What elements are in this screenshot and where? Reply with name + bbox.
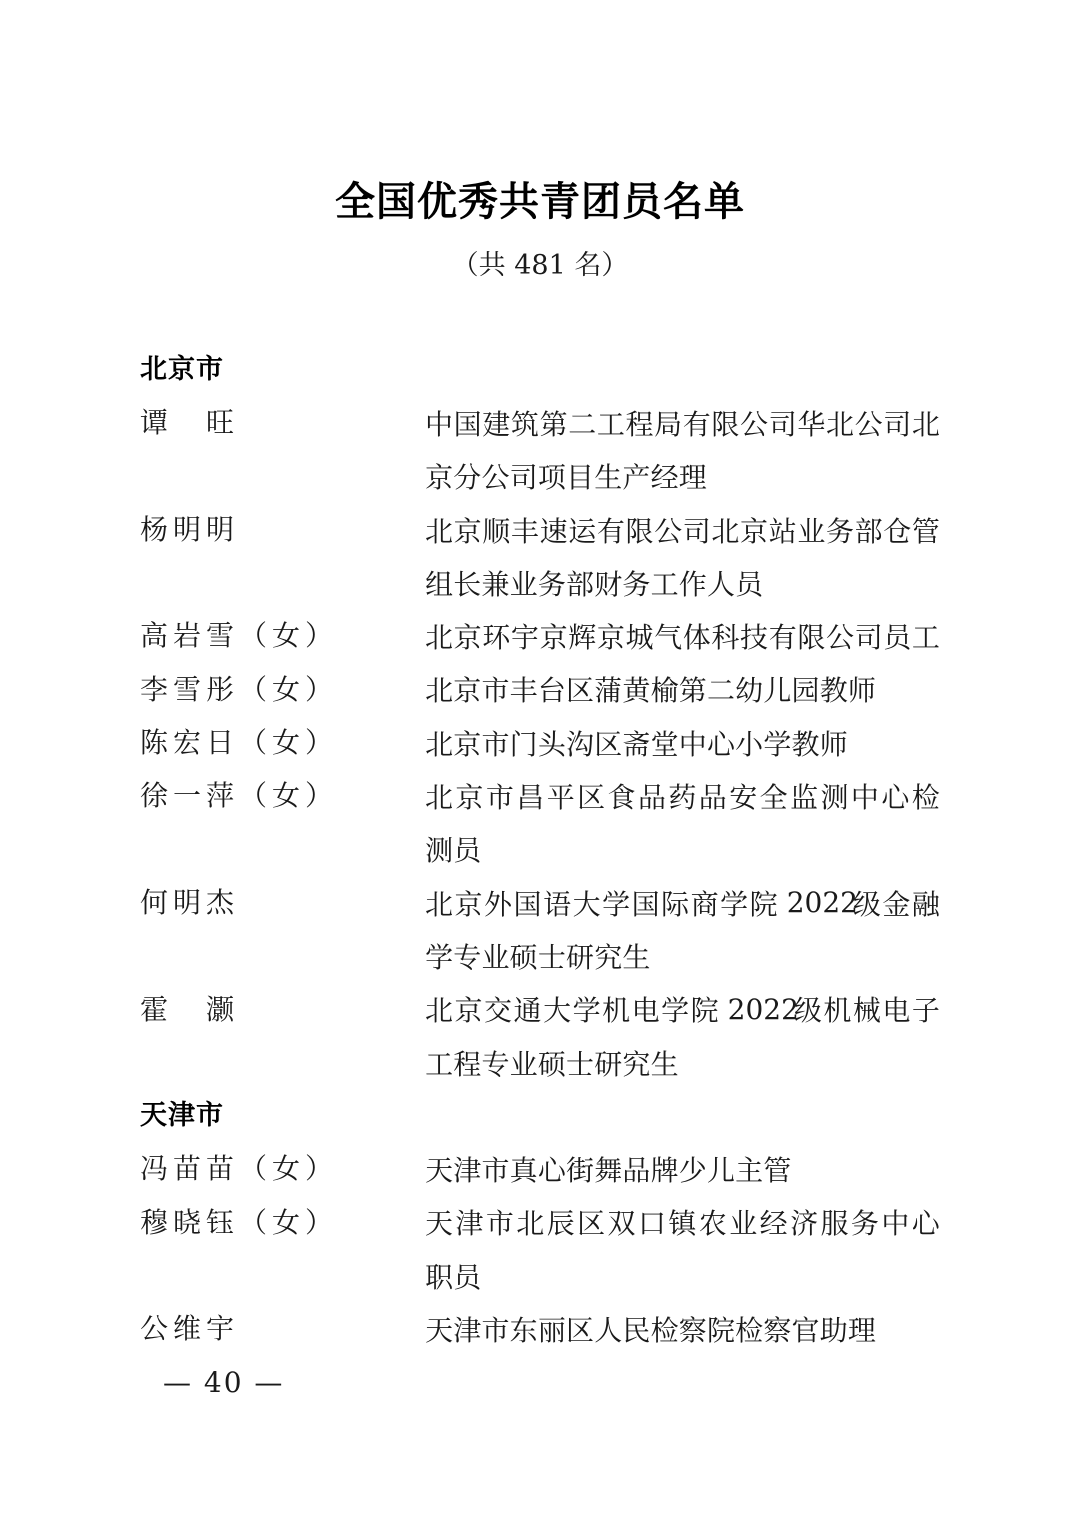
character: 语 [543,883,571,923]
description-line: 北京市丰台区蒲黄榆第二幼儿园教师 [425,663,940,716]
character: 北 [425,616,453,656]
character: 区 [566,1309,594,1349]
character: 目 [566,456,594,496]
character: 北 [711,510,739,550]
member-name: 穆晓钰（女） [140,1196,425,1249]
character: 济 [790,1202,818,1242]
character: 业 [510,1043,538,1083]
character: 管 [763,1149,791,1189]
member-entry: 穆晓钰（女）天津市北辰区双口镇农业经济服务中心职员 [140,1196,940,1303]
character: 长 [453,563,481,603]
character: 员 [735,563,763,603]
character: 中 [881,1202,909,1242]
description-line: 组长兼业务部财务工作人员 [425,556,940,609]
character: 北 [912,403,940,443]
character: 司 [769,403,797,443]
character: 务 [826,510,854,550]
character: 检 [912,776,940,816]
character: 国 [454,403,482,443]
character: 京 [425,456,453,496]
character: 学 [425,936,453,976]
character: 少 [679,1149,707,1189]
character: 察 [763,1309,791,1349]
character: 品 [699,776,727,816]
character: 有 [683,403,711,443]
member-name: 何明杰 [140,876,425,929]
character: 学 [763,723,791,763]
character: 融 [912,883,940,923]
character: 院 [691,989,719,1029]
character: 经 [760,1202,788,1242]
document-subtitle: （共 481 名） [0,240,1080,292]
character: 业 [729,1202,757,1242]
member-name: 徐一萍（女） [140,769,425,822]
character: 务 [622,563,650,603]
character: 电 [882,989,910,1029]
character: 丽 [538,1309,566,1349]
character: 硕 [510,936,538,976]
character: 舞 [594,1149,622,1189]
character: 宇 [511,616,539,656]
character: 仓 [883,510,911,550]
member-entry: 高岩雪（女）北京环宇京辉京城气体科技有限公司员工 [140,609,940,662]
character: 辰 [547,1202,575,1242]
character: 津 [455,1202,483,1242]
character: 天 [425,1149,453,1189]
member-description: 北京市门头沟区斋堂中心小学教师 [425,716,940,769]
character: 心 [912,1202,940,1242]
character: 儿 [763,669,791,709]
character: 局 [654,403,682,443]
member-entry: 陈宏日（女）北京市门头沟区斋堂中心小学教师 [140,716,940,769]
character: 市 [481,723,509,763]
character: 金 [882,883,910,923]
character: 建 [482,403,510,443]
member-description: 北京顺丰速运有限公司北京站业务部仓管组长兼业务部财务工作人员 [425,503,940,610]
character: 榆 [651,669,679,709]
character: 生 [651,1043,679,1083]
character: 堂 [651,723,679,763]
character: 中 [679,723,707,763]
character: 部 [855,510,883,550]
member-description: 北京交通大学机电学院2022级机械电子工程专业硕士研究生 [425,983,940,1090]
character: 察 [679,1309,707,1349]
member-list: 北京市谭 旺中国建筑第二工程局有限公司华北公司北京分公司项目生产经理杨明明北京顺… [140,343,940,1356]
character: 限 [797,616,825,656]
character: 教 [820,669,848,709]
character: 工 [651,563,679,603]
character: 丰 [510,669,538,709]
character: 双 [608,1202,636,1242]
member-name: 陈宏日（女） [140,716,425,769]
character: 硕 [538,1043,566,1083]
member-entry: 公维宇天津市东丽区人民检察院检察官助理 [140,1302,940,1355]
character: 品 [638,776,666,816]
character: 员 [453,829,481,869]
character: 头 [538,723,566,763]
member-name: 高岩雪（女） [140,609,425,662]
character: 研 [594,1043,622,1083]
character: 师 [848,669,876,709]
character: 院 [750,883,778,923]
character: 械 [853,989,881,1029]
character: 门 [510,723,538,763]
character: 中 [425,403,453,443]
character: 级 [853,883,881,923]
character: 人 [594,1309,622,1349]
member-name: 李雪彤（女） [140,663,425,716]
character: 公 [855,403,883,443]
character: 究 [622,1043,650,1083]
character: 京 [453,669,481,709]
character: 区 [566,669,594,709]
member-name: 霍 灏 [140,983,425,1036]
character: 天 [425,1309,453,1349]
character: 京 [597,616,625,656]
character: 教 [791,723,819,763]
description-line: 北京外国语大学国际商学院2022级金融 [425,876,940,929]
character: 口 [638,1202,666,1242]
character: 员 [453,1256,481,1296]
member-description: 天津市真心街舞品牌少儿主管 [425,1142,940,1195]
character: 园 [791,669,819,709]
character: 机 [823,989,851,1029]
character: 京 [540,616,568,656]
section-header: 天津市 [140,1089,940,1142]
character: 监 [790,776,818,816]
character: 环 [482,616,510,656]
character: 儿 [707,1149,735,1189]
description-line: 北京环宇京辉京城气体科技有限公司员工 [425,609,940,662]
description-line: 学专业硕士研究生 [425,929,940,982]
character: 学 [661,989,689,1029]
character: 华 [797,403,825,443]
character: 职 [425,1256,453,1296]
character: 北 [516,1202,544,1242]
character: 理 [848,1309,876,1349]
member-name: 公维宇 [140,1302,425,1355]
character: 天 [425,1202,453,1242]
character: 津 [453,1309,481,1349]
character: 真 [510,1149,538,1189]
character: 气 [654,616,682,656]
character: 体 [683,616,711,656]
member-name: 冯苗苗（女） [140,1142,425,1195]
member-entry: 谭 旺中国建筑第二工程局有限公司华北公司北京分公司项目生产经理 [140,396,940,503]
character: 牌 [651,1149,679,1189]
character: 项 [538,456,566,496]
character: 运 [568,510,596,550]
character: 工 [425,1043,453,1083]
character: 限 [625,510,653,550]
character: 京 [740,510,768,550]
character: 学 [720,883,748,923]
section-header: 北京市 [140,343,940,396]
character: 幼 [735,669,763,709]
character: 财 [594,563,622,603]
character: 心 [538,1149,566,1189]
description-line: 中国建筑第二工程局有限公司华北公司北 [425,396,940,449]
character: 昌 [516,776,544,816]
character: 筑 [511,403,539,443]
character: 蒲 [594,669,622,709]
character: 丰 [511,510,539,550]
character: 程 [453,1043,481,1083]
character: 国 [632,883,660,923]
member-entry: 何明杰北京外国语大学国际商学院2022级金融学专业硕士研究生 [140,876,940,983]
character: 市 [486,1202,514,1242]
character: 北 [425,723,453,763]
character: 镇 [668,1202,696,1242]
character: 科 [711,616,739,656]
character: 作 [679,563,707,603]
character: 测 [820,776,848,816]
character: 级 [794,989,822,1029]
character: 学 [602,883,630,923]
character: 药 [668,776,696,816]
character: 外 [484,883,512,923]
character: 限 [711,403,739,443]
character: 京 [454,616,482,656]
character: 二 [568,403,596,443]
character: 交 [484,989,512,1029]
character: 公 [654,510,682,550]
character: 工 [912,616,940,656]
member-entry: 杨明明北京顺丰速运有限公司北京站业务部仓管组长兼业务部财务工作人员 [140,503,940,610]
character: 东 [510,1309,538,1349]
description-line: 天津市东丽区人民检察院检察官助理 [425,1302,940,1355]
character: 技 [740,616,768,656]
member-description: 北京市昌平区食品药品安全监测中心检测员 [425,769,940,876]
character: 际 [661,883,689,923]
description-line: 天津市真心街舞品牌少儿主管 [425,1142,940,1195]
member-description: 北京环宇京辉京城气体科技有限公司员工 [425,609,940,662]
member-description: 天津市东丽区人民检察院检察官助理 [425,1302,940,1355]
member-description: 天津市北辰区双口镇农业经济服务中心职员 [425,1196,940,1303]
character: 士 [566,1043,594,1083]
character: 速 [540,510,568,550]
document-title: 全国优秀共青团员名单 [0,0,1080,226]
character: 助 [820,1309,848,1349]
character: 中 [851,776,879,816]
description-line: 北京市门头沟区斋堂中心小学教师 [425,716,940,769]
character: 工 [597,403,625,443]
member-entry: 霍 灏北京交通大学机电学院2022级机械电子工程专业硕士研究生 [140,983,940,1090]
character: 理 [679,456,707,496]
character: 检 [735,1309,763,1349]
character: 电 [632,989,660,1029]
character: 沟 [566,723,594,763]
member-name: 杨明明 [140,503,425,556]
character: 北 [425,669,453,709]
document-page: 全国优秀共青团员名单 （共 481 名） 北京市谭 旺中国建筑第二工程局有限公司… [0,0,1080,1526]
character: 司 [510,456,538,496]
character: 市 [481,1309,509,1349]
character: 程 [625,403,653,443]
character: 小 [735,723,763,763]
character: 生 [622,936,650,976]
character: 京 [455,883,483,923]
character: 二 [707,669,735,709]
character: 生 [594,456,622,496]
character: 司 [855,616,883,656]
character: 研 [566,936,594,976]
character: 第 [540,403,568,443]
character: 专 [453,936,481,976]
character: 民 [622,1309,650,1349]
description-line: 测员 [425,823,940,876]
character: 业 [797,510,825,550]
character: 京 [454,510,482,550]
member-name: 谭 旺 [140,396,425,449]
character: 农 [699,1202,727,1242]
member-entry: 徐一萍（女）北京市昌平区食品药品安全监测中心检测员 [140,769,940,876]
character: 主 [735,1149,763,1189]
character: 究 [594,936,622,976]
character: 站 [769,510,797,550]
description-line: 北京交通大学机电学院2022级机械电子 [425,983,940,1036]
character: 服 [820,1202,848,1242]
character: 师 [820,723,848,763]
character: 品 [622,1149,650,1189]
description-line: 天津市北辰区双口镇农业经济服务中心 [425,1196,940,1249]
character: 京 [455,776,483,816]
description-line: 北京顺丰速运有限公司北京站业务部仓管 [425,503,940,556]
character: 测 [425,829,453,869]
numeral: 2022 [728,993,785,1026]
numeral: 2022 [787,886,844,919]
character: 斋 [622,723,650,763]
character: 专 [481,1043,509,1083]
character: 子 [912,989,940,1029]
character: 国 [514,883,542,923]
character: 街 [566,1149,594,1189]
character: 公 [826,616,854,656]
character: 台 [538,669,566,709]
character: 院 [707,1309,735,1349]
description-line: 北京市昌平区食品药品安全监测中心检 [425,769,940,822]
character: 北 [425,883,453,923]
character: 公 [481,456,509,496]
character: 心 [707,723,735,763]
character: 区 [594,723,622,763]
character: 大 [573,883,601,923]
character: 第 [679,669,707,709]
character: 食 [608,776,636,816]
character: 业 [510,563,538,603]
character: 管 [912,510,940,550]
character: 商 [691,883,719,923]
character: 业 [481,936,509,976]
character: 区 [577,776,605,816]
character: 学 [573,989,601,1029]
character: 区 [577,1202,605,1242]
character: 员 [883,616,911,656]
character: 务 [538,563,566,603]
character: 士 [538,936,566,976]
character: 有 [597,510,625,550]
member-description: 北京外国语大学国际商学院2022级金融学专业硕士研究生 [425,876,940,983]
character: 通 [514,989,542,1029]
character: 机 [602,989,630,1029]
member-description: 中国建筑第二工程局有限公司华北公司北京分公司项目生产经理 [425,396,940,503]
character: 司 [683,510,711,550]
character: 市 [481,1149,509,1189]
character: 有 [769,616,797,656]
character: 产 [622,456,650,496]
character: 市 [481,669,509,709]
member-description: 北京市丰台区蒲黄榆第二幼儿园教师 [425,663,940,716]
character: 顺 [482,510,510,550]
character: 经 [651,456,679,496]
character: 北 [425,776,453,816]
page-number: — 40 — [163,1356,284,1409]
character: 平 [547,776,575,816]
description-line: 职员 [425,1249,940,1302]
character: 务 [851,1202,879,1242]
member-entry: 李雪彤（女）北京市丰台区蒲黄榆第二幼儿园教师 [140,663,940,716]
character: 辉 [568,616,596,656]
character: 官 [791,1309,819,1349]
character: 检 [651,1309,679,1349]
character: 人 [707,563,735,603]
character: 分 [453,456,481,496]
character: 京 [453,723,481,763]
description-line: 京分公司项目生产经理 [425,450,940,503]
character: 京 [455,989,483,1029]
character: 安 [729,776,757,816]
character: 全 [760,776,788,816]
member-entry: 冯苗苗（女）天津市真心街舞品牌少儿主管 [140,1142,940,1195]
description-line: 工程专业硕士研究生 [425,1036,940,1089]
character: 司 [883,403,911,443]
character: 北 [826,403,854,443]
character: 黄 [622,669,650,709]
character: 公 [740,403,768,443]
character: 心 [881,776,909,816]
character: 市 [486,776,514,816]
character: 北 [425,510,453,550]
character: 北 [425,989,453,1029]
character: 组 [425,563,453,603]
character: 城 [625,616,653,656]
character: 部 [566,563,594,603]
character: 兼 [481,563,509,603]
character: 大 [543,989,571,1029]
character: 津 [453,1149,481,1189]
